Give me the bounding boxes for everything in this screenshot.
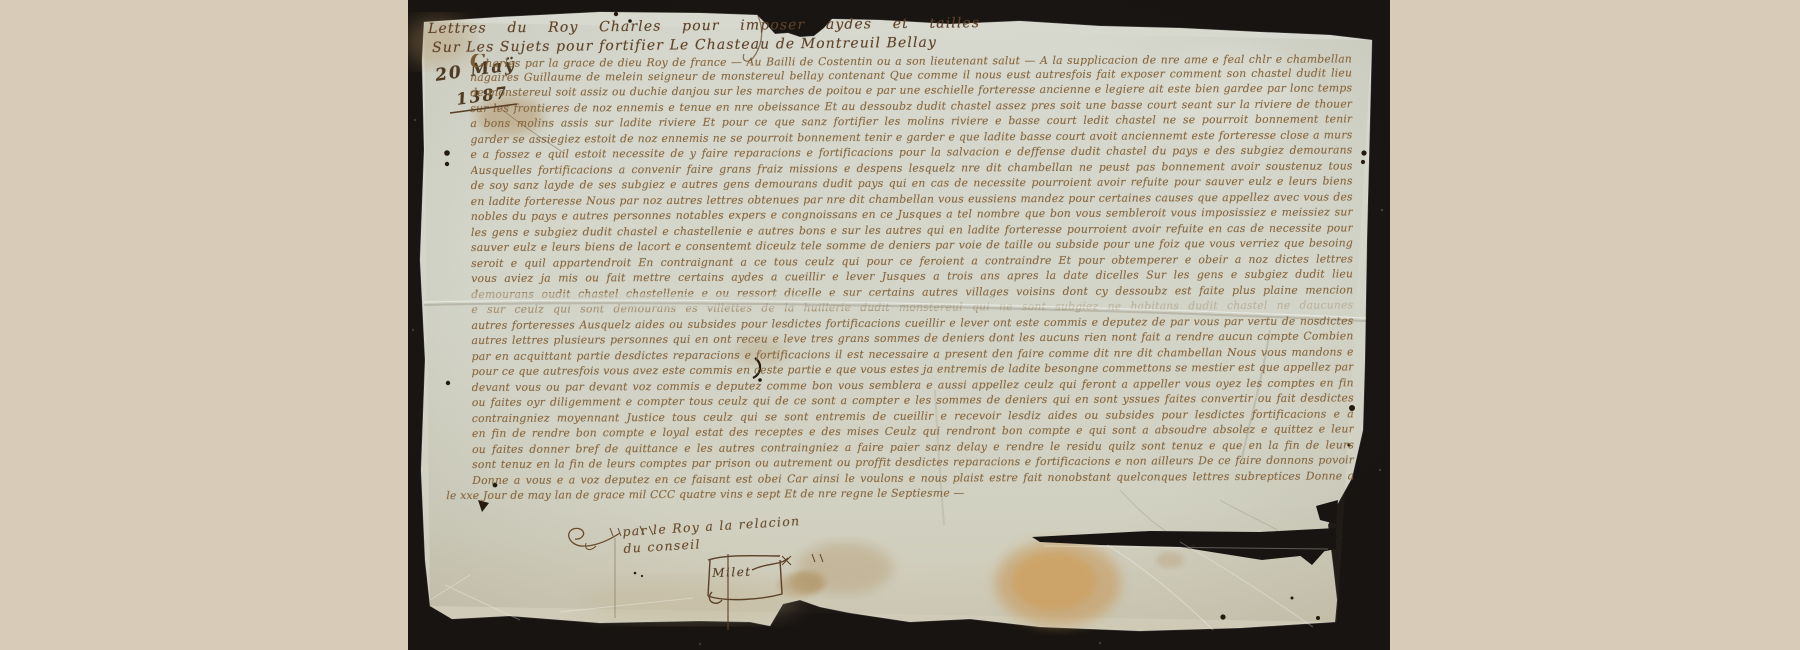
clerk-signature: Milet: [712, 565, 752, 580]
body-dating-line: le xxe Jour de may lan de grace mil CCC …: [446, 485, 1063, 504]
charter-body-text: Charles par la grace de dieu Roy de fran…: [470, 49, 1354, 503]
page: { "annotations": { "title_line1": "Lettr…: [0, 0, 1800, 650]
